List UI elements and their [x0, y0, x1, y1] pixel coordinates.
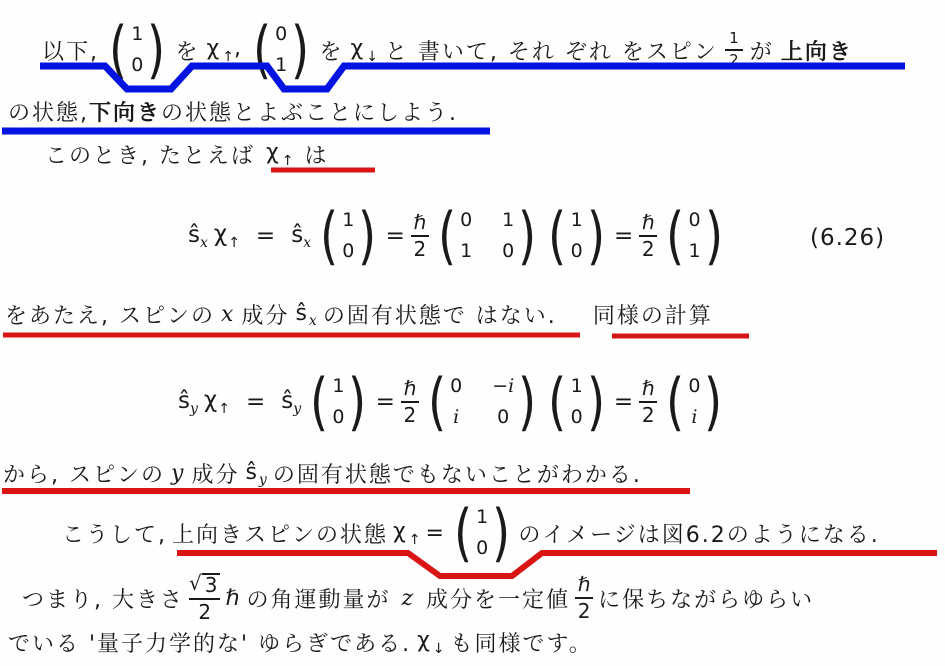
vector-entry: 1	[476, 507, 488, 529]
vector-entry: 0	[571, 407, 583, 429]
text-run: の状態,	[8, 96, 89, 127]
vector-entry: 1	[571, 376, 583, 398]
left-paren: (	[666, 205, 684, 267]
paragraph-line-7: つまり, 大きさ √3 2 ℏ の角運動量が z 成分を一定値 ℏ 2 に保ちな…	[22, 569, 814, 627]
denominator: 2	[642, 239, 655, 260]
vector-entry: 1	[342, 210, 354, 232]
equals-sign: =	[614, 389, 633, 415]
subscript-x: x	[309, 313, 317, 329]
left-paren: (	[320, 205, 338, 267]
math-y: y	[171, 461, 185, 486]
right-paren: )	[587, 371, 605, 433]
matrix-entry: 1	[502, 210, 514, 232]
vector-entries: 1 0	[131, 24, 143, 77]
equals-sign: =	[614, 223, 633, 249]
text-run: から, スピンの	[3, 458, 165, 489]
text-run: 上向きスピンの状態	[172, 518, 388, 549]
equation-number: (6.26)	[810, 225, 885, 251]
pauli-y-matrix: ( 0 −i i 0 )	[425, 371, 540, 433]
up-arrow-subscript: ↑	[222, 49, 234, 65]
right-paren: )	[358, 205, 376, 267]
comma: ,	[234, 36, 243, 61]
text-run: の状態とよぶことにしよう.	[161, 96, 458, 127]
chi: χ	[393, 519, 408, 544]
chi-up-symbol: χ↑	[204, 387, 230, 417]
right-paren: )	[518, 371, 536, 433]
equals-sign: =	[386, 223, 405, 249]
equals-sign: =	[246, 389, 265, 415]
column-vector-result: ( 0 i )	[663, 371, 726, 433]
vector-entry: 1	[131, 24, 143, 46]
right-paren: )	[147, 19, 165, 81]
text-run: に保ちながらゆらい	[598, 583, 814, 614]
left-paren: (	[253, 19, 271, 81]
equals-sign: =	[425, 521, 445, 546]
operator-sx: ŝx	[188, 222, 208, 251]
s-hat: ŝ	[178, 388, 190, 414]
vector-entry: i	[691, 407, 697, 429]
numerator: 1	[729, 31, 739, 47]
pauli-x-matrix: ( 0 1 1 0 )	[435, 205, 540, 267]
vector-entries: 1 0	[476, 507, 488, 560]
numerator-hbar: ℏ	[642, 378, 655, 399]
text-run: こうして,	[62, 518, 167, 549]
text-run: をあたえ, スピンの	[5, 299, 215, 330]
subscript-x: x	[303, 235, 311, 251]
matrix-entry: 0	[460, 210, 472, 232]
left-paren: (	[454, 502, 472, 564]
vector-entries: 0 i	[688, 376, 700, 429]
scanned-textbook-page: 以下, ( 1 0 ) を χ↑, ( 0 1 ) を χ↓ と 書いて, それ…	[0, 0, 945, 666]
column-vector-result: ( 0 1 )	[663, 205, 726, 267]
vector-entry: 0	[275, 24, 287, 46]
denominator: 2	[404, 405, 417, 426]
matrix-entry: −i	[492, 376, 514, 398]
left-paren: (	[428, 371, 446, 433]
equals-sign: =	[376, 389, 395, 415]
left-paren: (	[310, 371, 328, 433]
s-hat: ŝ	[281, 388, 293, 414]
paragraph-line-8: でいる '量子力学的な' ゆらぎである. χ↓ も同様です。	[8, 627, 593, 658]
s-hat: ŝ	[291, 222, 303, 248]
paragraph-line-4: をあたえ, スピンの x 成分 ŝx の固有状態で はない. 同様の計算	[5, 299, 713, 330]
matrix-entry: 0	[450, 376, 462, 398]
numerator-hbar: ℏ	[414, 212, 427, 233]
vector-entry: 0	[332, 407, 344, 429]
denominator: 2	[729, 53, 739, 69]
down-arrow-subscript: ↓	[366, 49, 378, 65]
right-paren: )	[348, 371, 366, 433]
vector-entries: 1 0	[332, 376, 344, 429]
chi-down-symbol: χ↓	[417, 628, 444, 657]
bold-text-downward: 下向き	[89, 96, 161, 127]
math-z: z	[401, 586, 415, 611]
paragraph-line-1: 以下, ( 1 0 ) を χ↑, ( 0 1 ) を χ↓ と 書いて, それ…	[42, 4, 853, 96]
fraction-hbar-2: ℏ 2	[575, 574, 593, 622]
vector-entry: 0	[688, 210, 700, 232]
chi: χ	[204, 387, 217, 413]
matrix-entries: 0 −i i 0	[450, 376, 514, 429]
denominator: 2	[198, 602, 211, 623]
vector-entries: 1 0	[571, 376, 583, 429]
operator-sy: ŝy	[281, 388, 301, 417]
denominator: 2	[414, 239, 427, 260]
left-paren: (	[438, 205, 456, 267]
column-vector-input: ( 1 0 )	[307, 371, 370, 433]
vector-entry: 1	[571, 210, 583, 232]
column-vector-0-1: ( 0 1 )	[250, 19, 313, 81]
vector-entry: 0	[688, 376, 700, 398]
right-paren: )	[518, 205, 536, 267]
right-paren: )	[587, 205, 605, 267]
vector-entries: 1 0	[342, 210, 354, 263]
chi: χ	[214, 221, 227, 247]
subscript-y: y	[293, 401, 301, 417]
s-hat: ŝ	[245, 460, 258, 485]
equation-sy: ŝy χ↑ = ŝy ( 1 0 ) = ℏ 2 ( 0 −i i 0 )	[178, 356, 726, 448]
paragraph-line-6: こうして, 上向きスピンの状態 χ↑ = ( 1 0 ) のイメージは図6.2の…	[62, 497, 880, 569]
operator-sx: ŝx	[295, 301, 316, 329]
numerator-hbar: ℏ	[642, 212, 655, 233]
text-run: このとき, たとえば	[45, 139, 255, 170]
text-run: が	[750, 35, 774, 66]
column-vector-1-0: ( 1 0 )	[106, 19, 169, 81]
radicand: 3	[202, 573, 221, 596]
chi-up-symbol: χ↑	[393, 519, 420, 548]
up-arrow-subscript: ↑	[228, 235, 240, 251]
fraction-hbar-2: ℏ 2	[639, 378, 657, 426]
vector-entry: 0	[342, 241, 354, 263]
fraction-sqrt3-2: √3 2	[189, 573, 220, 623]
text-run: を	[176, 35, 200, 66]
denominator: 2	[578, 601, 591, 622]
bold-text-upward: 上向き	[781, 35, 853, 66]
s-hat: ŝ	[188, 222, 200, 248]
chi-up-symbol: χ↑,	[207, 36, 243, 65]
text-run: 成分を一定値	[426, 583, 570, 614]
fraction-hbar-2: ℏ 2	[639, 212, 657, 260]
left-paren: (	[548, 371, 566, 433]
sqrt-3: √3	[189, 573, 220, 596]
text-run: は	[304, 139, 328, 170]
right-paren: )	[705, 371, 723, 433]
text-run: 以下,	[42, 35, 99, 66]
operator-sx: ŝx	[291, 222, 311, 251]
fraction-hbar-2: ℏ 2	[411, 212, 429, 260]
hbar-symbol: ℏ	[225, 586, 241, 611]
right-paren: )	[291, 19, 309, 81]
text-run: でいる '量子力学的な' ゆらぎである.	[8, 627, 411, 658]
text-run: も同様です。	[451, 627, 593, 658]
left-paren: (	[666, 371, 684, 433]
vector-entries: 1 0	[571, 210, 583, 263]
radical-sign: √	[189, 573, 202, 594]
chi: χ	[350, 36, 365, 61]
matrix-entries: 0 1 1 0	[460, 210, 514, 263]
text-run: の固有状態で はない.	[323, 299, 557, 330]
numerator-hbar: ℏ	[578, 574, 591, 595]
vector-entry: 1	[275, 55, 287, 77]
text-run: を	[319, 35, 343, 66]
chi-up-symbol: χ↑	[214, 221, 240, 251]
equals-sign: =	[256, 223, 275, 249]
right-paren: )	[705, 205, 723, 267]
subscript-y: y	[259, 472, 267, 488]
paragraph-line-2: の状態, 下向き の状態とよぶことにしよう.	[8, 96, 458, 127]
chi: χ	[266, 140, 281, 165]
column-vector-mid: ( 1 0 )	[545, 371, 608, 433]
vector-entry: 0	[131, 55, 143, 77]
vector-entries: 0 1	[688, 210, 700, 263]
vector-entry: 1	[688, 241, 700, 263]
left-paren: (	[548, 205, 566, 267]
chi: χ	[417, 628, 432, 653]
math-x: x	[221, 302, 235, 327]
column-vector-1-0: ( 1 0 )	[451, 502, 514, 564]
vector-entries: 0 1	[275, 24, 287, 77]
vector-entry: 1	[332, 376, 344, 398]
column-vector-mid: ( 1 0 )	[545, 205, 608, 267]
equation-sx: ŝx χ↑ = ŝx ( 1 0 ) = ℏ 2 ( 0 1 1 0 )	[188, 190, 726, 282]
text-run: の固有状態でもないことがわかる.	[273, 458, 642, 489]
left-paren: (	[109, 19, 127, 81]
chi-up-symbol: χ↑	[266, 140, 293, 169]
up-arrow-subscript: ↑	[409, 532, 421, 548]
text-run: のイメージは図6.2のようになる.	[518, 518, 879, 549]
fraction-one-half: 1 2	[725, 31, 743, 69]
matrix-entry: 1	[460, 241, 472, 263]
numerator-hbar: ℏ	[404, 378, 417, 399]
vector-entry: 0	[571, 241, 583, 263]
matrix-entry: 0	[497, 407, 509, 429]
down-arrow-subscript: ↓	[433, 641, 445, 657]
paragraph-line-3: このとき, たとえば χ↑ は	[45, 139, 328, 170]
text-run: つまり, 大きさ	[22, 583, 184, 614]
right-paren: )	[492, 502, 510, 564]
text-run-similar-calc: 同様の計算	[593, 299, 713, 330]
matrix-entry: i	[453, 407, 459, 429]
paragraph-line-5: から, スピンの y 成分 ŝy の固有状態でもないことがわかる.	[3, 458, 642, 489]
fraction-hbar-2: ℏ 2	[401, 378, 419, 426]
column-vector-input: ( 1 0 )	[317, 205, 380, 267]
vector-entry: 0	[476, 538, 488, 560]
s-hat: ŝ	[295, 301, 308, 326]
text-run: 成分	[241, 299, 289, 330]
text-run: の角運動量が	[246, 583, 390, 614]
denominator: 2	[642, 405, 655, 426]
up-arrow-subscript: ↑	[218, 401, 230, 417]
matrix-entry: 0	[502, 241, 514, 263]
text-run: 成分	[191, 458, 239, 489]
operator-sy: ŝy	[245, 460, 266, 488]
chi: χ	[207, 36, 222, 61]
chi-down-symbol: χ↓	[350, 36, 377, 65]
subscript-y: y	[190, 401, 198, 417]
operator-sy: ŝy	[178, 388, 198, 417]
subscript-x: x	[200, 235, 208, 251]
text-run: と 書いて, それ ぞれ をスピン	[385, 35, 718, 66]
up-arrow-subscript: ↑	[282, 153, 294, 169]
